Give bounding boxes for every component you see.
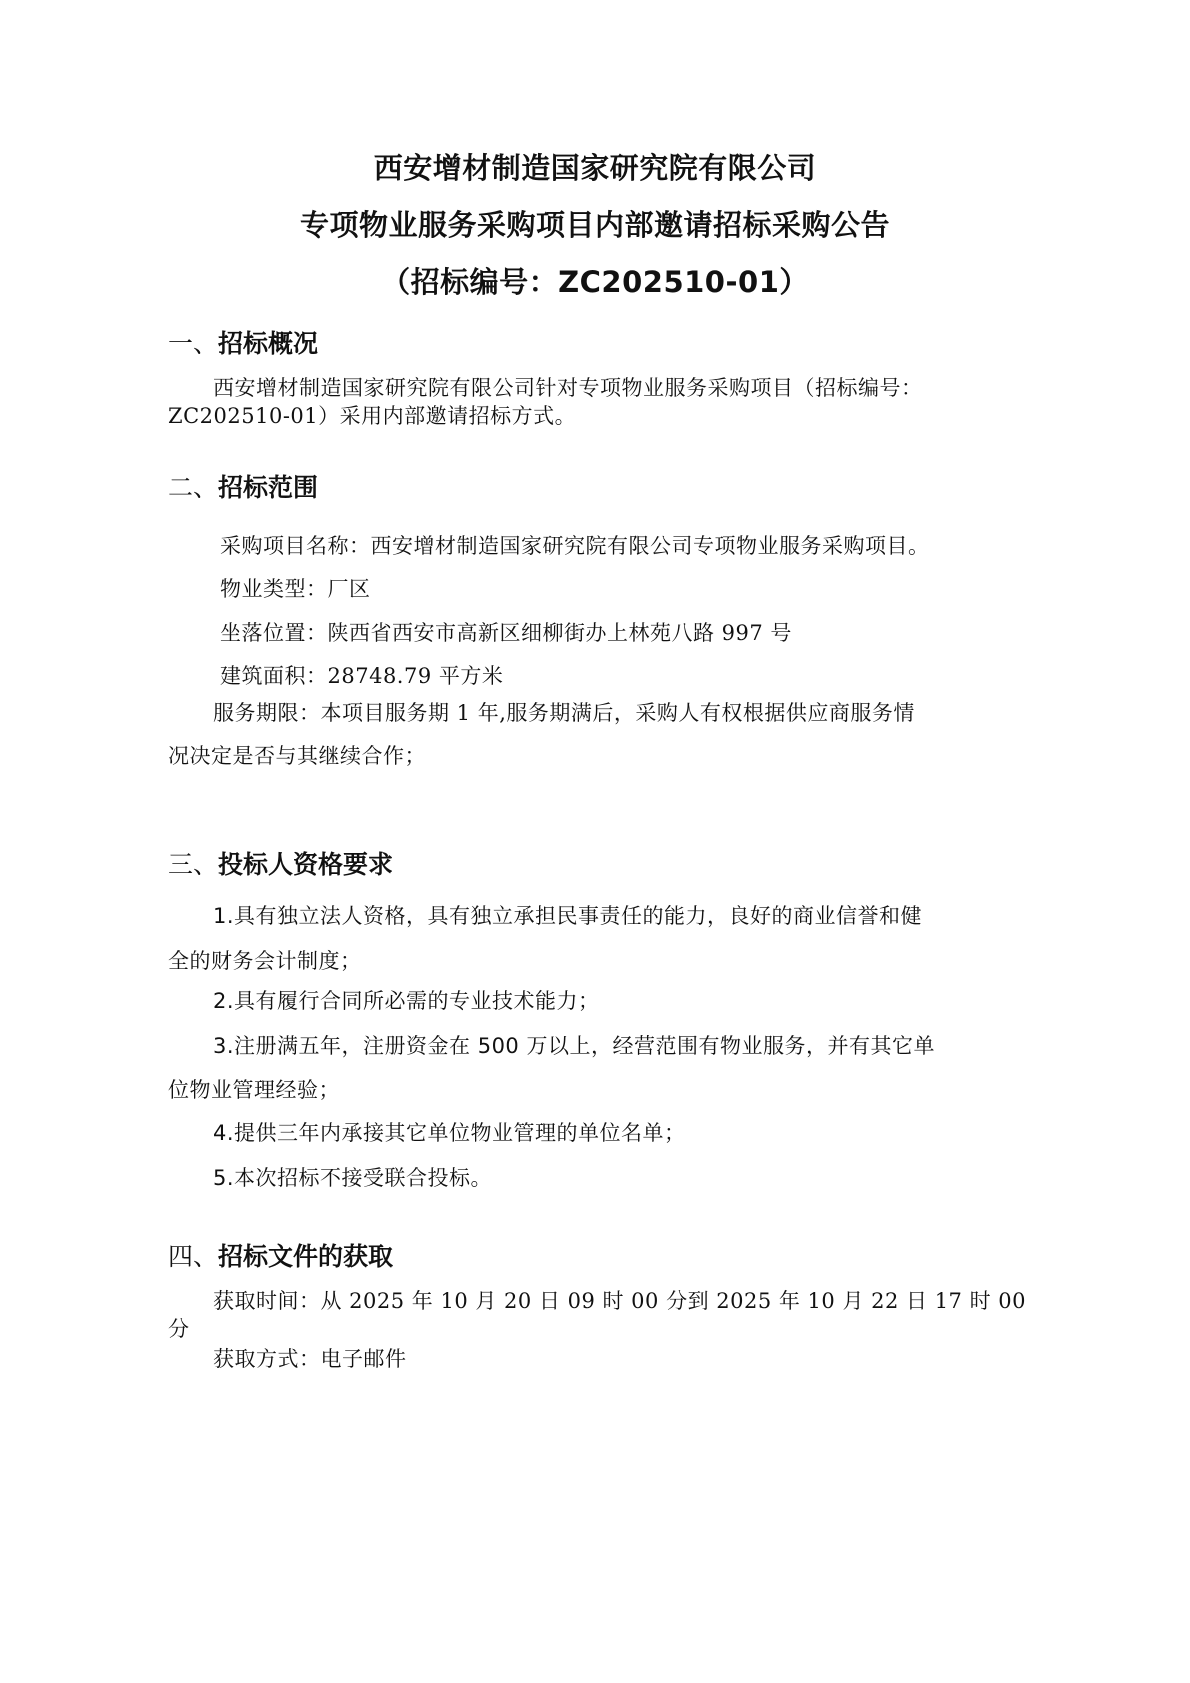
section-1-para: 西安增材制造国家研究院有限公司针对专项物业服务采购项目（招标编号：: [213, 372, 923, 402]
title-announcement: 专项物业服务采购项目内部邀请招标采购公告: [0, 203, 1190, 244]
requirement-2: 2.具有履行合同所必需的专业技术能力；: [213, 985, 600, 1015]
section-3-heading: 三、投标人资格要求: [168, 845, 393, 881]
acquisition-method: 获取方式：电子邮件: [213, 1343, 407, 1373]
section-1-number: 一、: [168, 329, 218, 358]
property-type: 物业类型：厂区: [220, 573, 371, 603]
acquisition-time: 获取时间：从 2025 年 10 月 20 日 09 时 00 分到 2025 …: [213, 1285, 1026, 1315]
section-1-title: 招标概况: [218, 329, 318, 358]
requirement-3-cont: 位物业管理经验；: [168, 1074, 340, 1104]
service-period-cont: 况决定是否与其继续合作；: [168, 740, 426, 770]
section-4-number: 四、: [168, 1242, 218, 1271]
requirement-1-cont: 全的财务会计制度；: [168, 945, 362, 975]
section-4-title: 招标文件的获取: [218, 1242, 393, 1271]
title-company: 西安增材制造国家研究院有限公司: [0, 146, 1190, 187]
section-3-title: 投标人资格要求: [218, 850, 393, 879]
location: 坐落位置：陕西省西安市高新区细柳街办上林苑八路 997 号: [220, 617, 792, 647]
section-4-heading: 四、招标文件的获取: [168, 1237, 393, 1273]
section-2-title: 招标范围: [218, 473, 318, 502]
requirement-3: 3.注册满五年，注册资金在 500 万以上，经营范围有物业服务，并有其它单: [213, 1030, 935, 1060]
title-bid-number: （招标编号：ZC202510-01）: [0, 260, 1190, 301]
requirement-4: 4.提供三年内承接其它单位物业管理的单位名单；: [213, 1117, 686, 1147]
requirement-5: 5.本次招标不接受联合投标。: [213, 1162, 492, 1192]
section-1-para: ZC202510-01）采用内部邀请招标方式。: [168, 400, 576, 430]
section-3-number: 三、: [168, 850, 218, 879]
project-name: 采购项目名称：西安增材制造国家研究院有限公司专项物业服务采购项目。: [220, 530, 930, 560]
section-1-heading: 一、招标概况: [168, 324, 318, 360]
document-page: 西安增材制造国家研究院有限公司 专项物业服务采购项目内部邀请招标采购公告 （招标…: [0, 0, 1190, 1683]
section-2-number: 二、: [168, 473, 218, 502]
building-area: 建筑面积：28748.79 平方米: [220, 660, 503, 690]
service-period: 服务期限：本项目服务期 1 年,服务期满后，采购人有权根据供应商服务情: [213, 697, 915, 727]
requirement-1: 1.具有独立法人资格，具有独立承担民事责任的能力，良好的商业信誉和健: [213, 900, 922, 930]
section-2-heading: 二、招标范围: [168, 468, 318, 504]
acquisition-time-cont: 分: [168, 1313, 190, 1343]
